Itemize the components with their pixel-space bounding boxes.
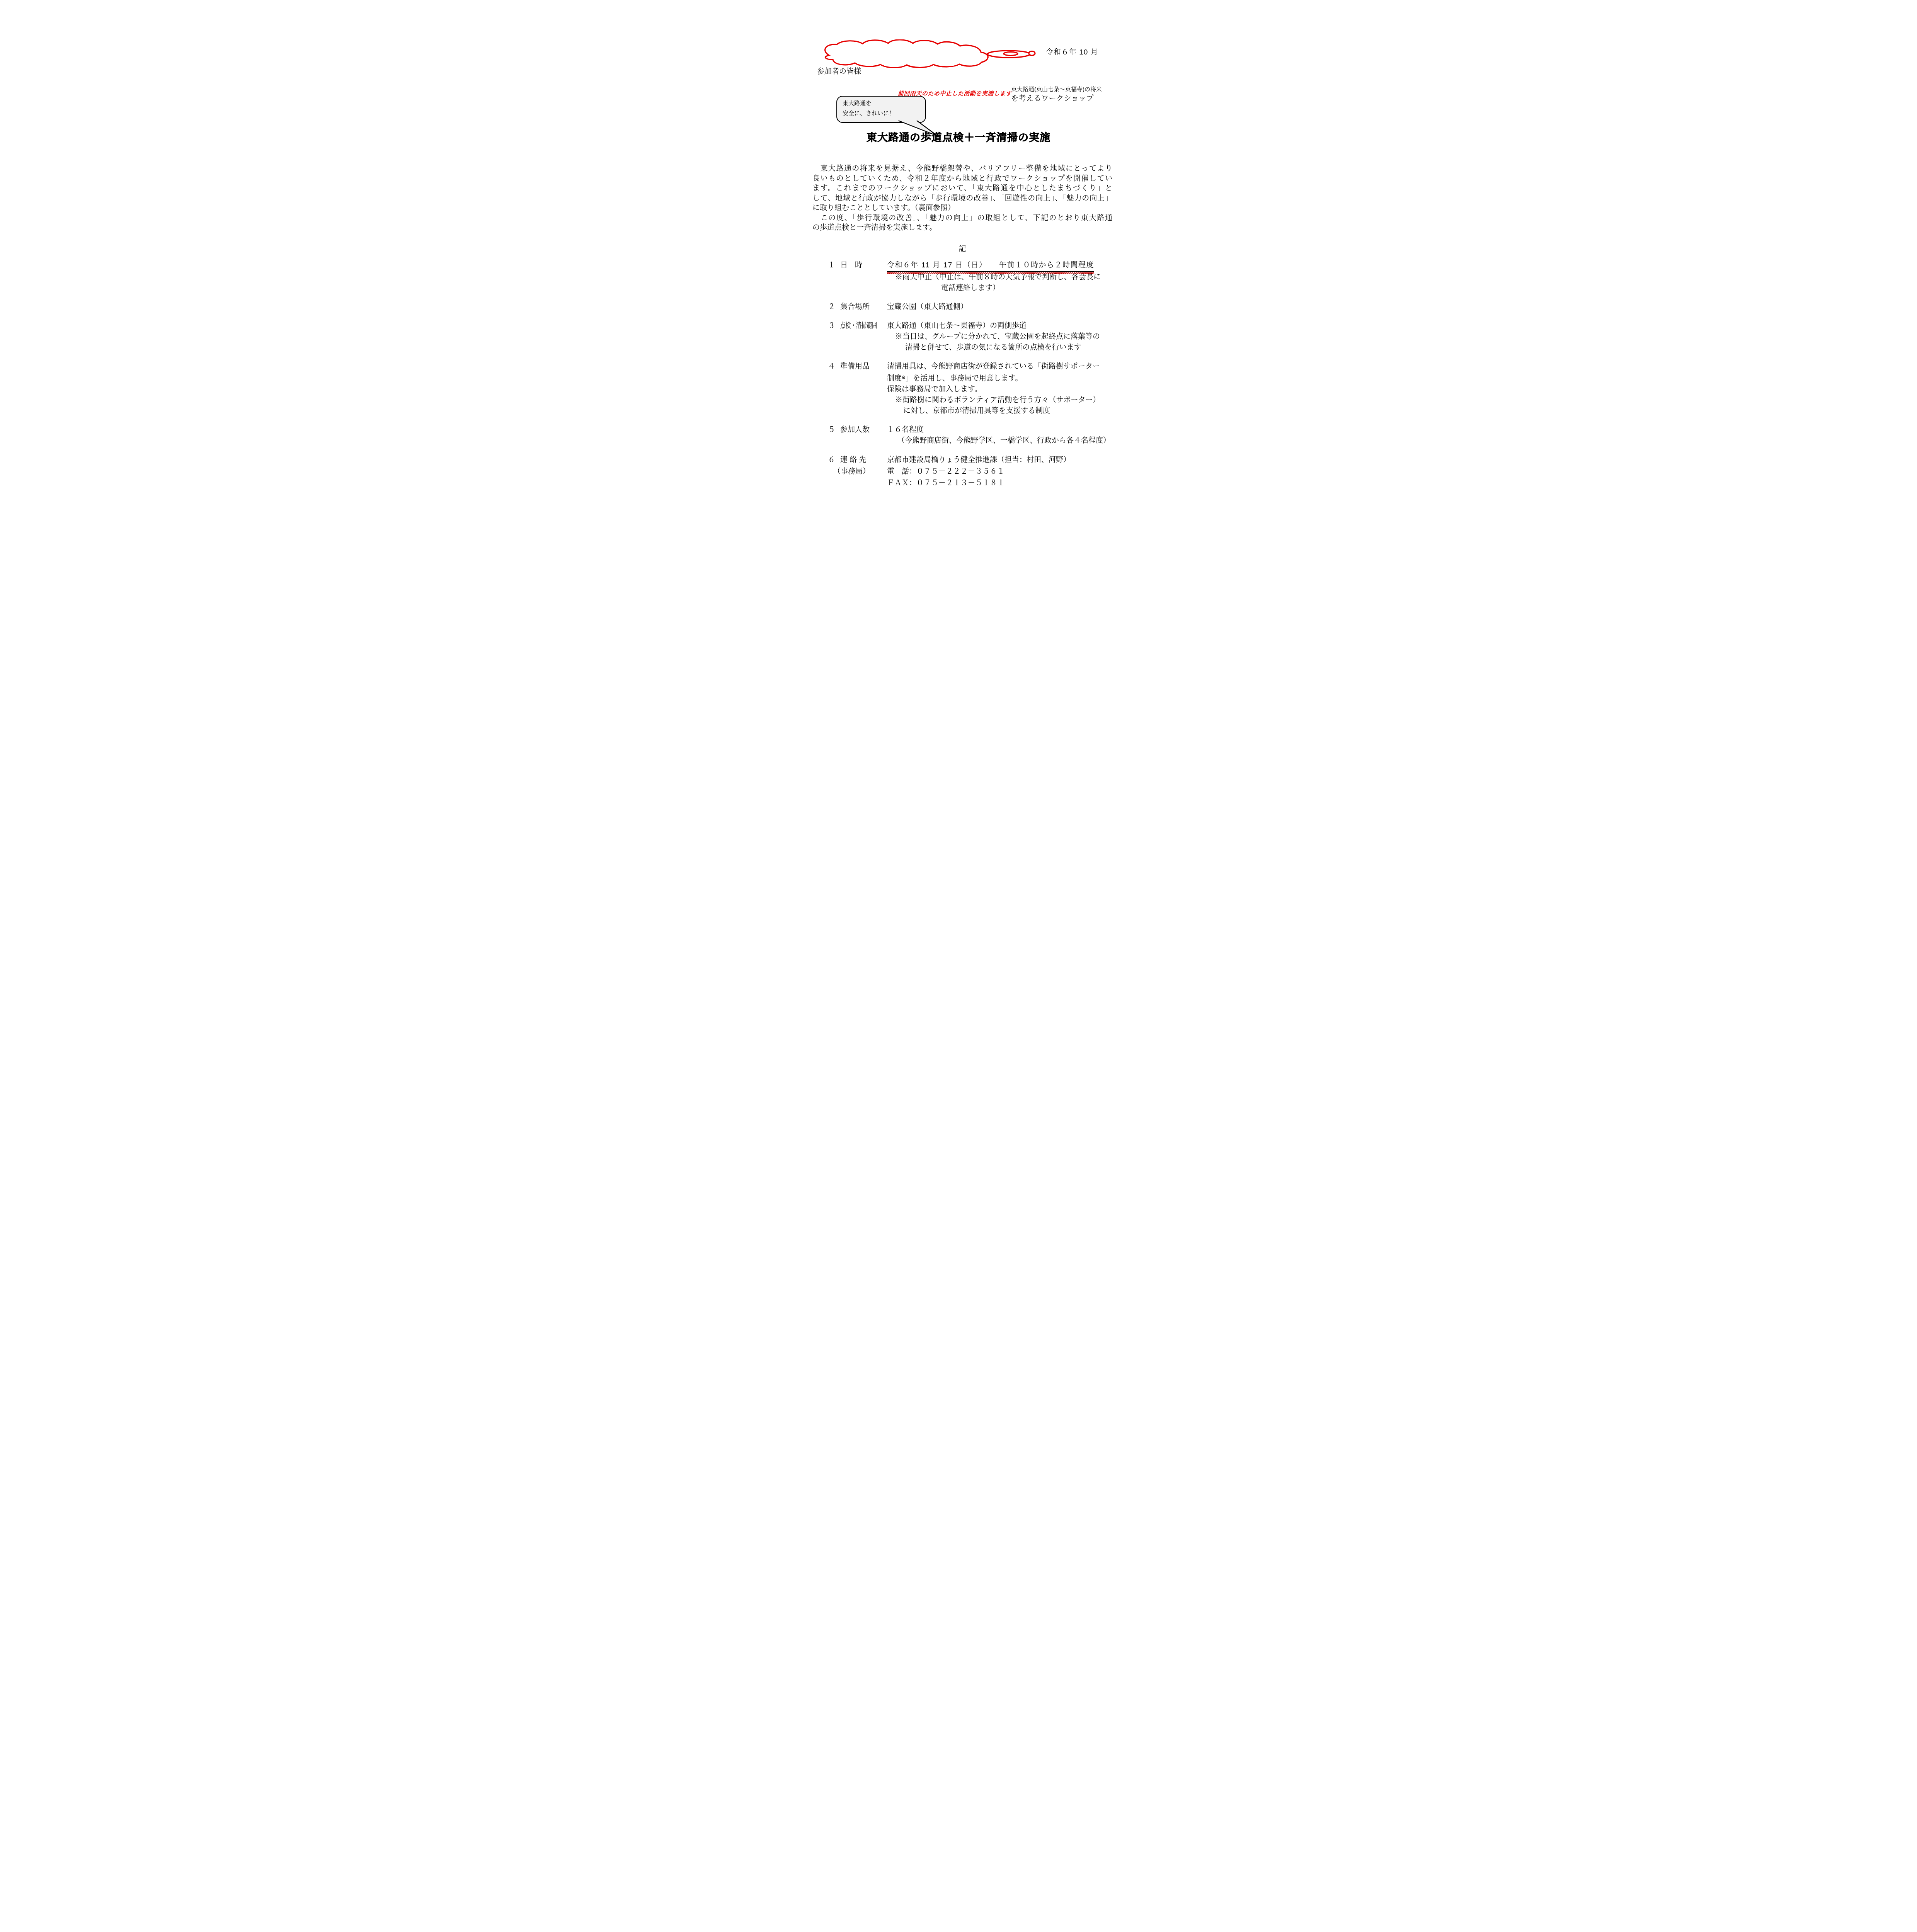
item-row: 清掃と併せて、歩道の気になる箇所の点検を行います (828, 342, 1112, 353)
inspection-area: 東大路通（東山七条～東福寺）の両側歩道 (887, 321, 1112, 332)
item-row: ※当日は、グループに分かれて、宝蔵公園を起終点に落葉等の (828, 332, 1112, 342)
item-number: ３ (828, 321, 840, 332)
insurance-info: 保険は事務局で加入します。 (887, 384, 1112, 395)
item-label: 準備用品 (840, 361, 887, 372)
cloud-shape-icon (815, 39, 1047, 68)
item-row: ３ 点検・清掃範囲 東大路通（東山七条～東福寺）の両側歩道 (828, 321, 1112, 332)
cloud-callout: 前回雨天のため中止した活動を実施します (815, 39, 1047, 68)
item-label: 日 時 (840, 260, 887, 272)
workshop-header-line1: 東大路通(東山七条～東福寺)の将来 (1011, 85, 1102, 94)
document-date: 令和６年 10 月 (1046, 46, 1098, 57)
list-item-contact: ６ 連 絡 先 京都市建設局橋りょう健全推進課（担当：村田、河野） （事務局） … (828, 454, 1112, 489)
item-note: 電話連絡します） (941, 283, 1112, 294)
item-note: に対し、京都市が清掃用具等を支援する制度 (903, 406, 1112, 417)
body-line: の歩道点検と一斉清掃を実施します。 (812, 223, 1112, 233)
item-row: ５ 参加人数 １６名程度 (828, 425, 1112, 435)
speech-bubble-text: 東大路通を 安全に、きれいに！ (843, 99, 895, 119)
item-label: 連 絡 先 (840, 454, 887, 466)
document-page: 前回雨天のため中止した活動を実施します 令和６年 10 月 参加者の皆様 東大路… (767, 0, 1150, 542)
item-row: ４ 準備用品 清掃用具は、今熊野商店街が登録されている「街路樹サポーター (828, 361, 1112, 372)
reference-mark: ※ (902, 375, 906, 380)
item-row: ＦＡＸ：０７５－２１３－５１８１ (828, 478, 1112, 489)
speech-bubble-line1: 東大路通を (843, 99, 895, 109)
workshop-header: 東大路通(東山七条～東福寺)の将来 を考えるワークショップ (1011, 85, 1102, 104)
item-row: に対し、京都市が清掃用具等を支援する制度 (828, 406, 1112, 417)
item-note: 清掃と併せて、歩道の気になる箇所の点検を行います (905, 342, 1112, 353)
meeting-place: 宝蔵公園（東大路通側） (887, 302, 1112, 313)
item-list: １ 日 時 令和６年 11 月 17 日（日） 午前１０時から２時間程度 ※雨天… (828, 260, 1112, 497)
contact-phone: 電 話：０７５－２２２－３５６１ (887, 466, 1112, 478)
contact-office: 京都市建設局橋りょう健全推進課（担当：村田、河野） (887, 454, 1112, 466)
item-note: ※当日は、グループに分かれて、宝蔵公園を起終点に落葉等の (895, 332, 1112, 342)
item-note: ※街路樹に関わるボランティア活動を行う方々（サポーター） (895, 395, 1112, 406)
body-line: 良いものとしていくため、令和２年度から地域と行政でワークショップを開催してい (812, 174, 1112, 184)
body-line: して、地域と行政が協力しながら「歩行環境の改善」、「回遊性の向上」、「魅力の向上… (812, 194, 1112, 204)
list-item-inspection-area: ３ 点検・清掃範囲 東大路通（東山七条～東福寺）の両側歩道 ※当日は、グループに… (828, 321, 1112, 353)
item-row: 制度※」を活用し、事務局で用意します。 (828, 372, 1112, 384)
item-number: １ (828, 260, 840, 272)
item-sublabel: （事務局） (833, 466, 887, 478)
item-content: 令和６年 11 月 17 日（日） 午前１０時から２時間程度 (887, 260, 1112, 272)
item-row: （事務局） 電 話：０７５－２２２－３５６１ (828, 466, 1112, 478)
item-label: 集合場所 (840, 302, 887, 313)
item-row: １ 日 時 令和６年 11 月 17 日（日） 午前１０時から２時間程度 (828, 260, 1112, 272)
list-item-meeting-place: ２ 集合場所 宝蔵公園（東大路通側） (828, 302, 1112, 313)
list-item-participants: ５ 参加人数 １６名程度 （今熊野商店街、今熊野学区、一橋学区、行政から各４名程… (828, 425, 1112, 446)
speech-bubble: 東大路通を 安全に、きれいに！ (836, 96, 926, 123)
item-label: 点検・清掃範囲 (840, 321, 887, 332)
body-line: ます。これまでのワークショップにおいて、「東大路通を中心としたまちづくり」と (812, 184, 1112, 194)
participant-count: １６名程度 (887, 425, 1112, 435)
item-row: ※街路樹に関わるボランティア活動を行う方々（サポーター） (828, 395, 1112, 406)
item-number: ６ (828, 454, 840, 466)
item-row: 電話連絡します） (828, 283, 1112, 294)
item-row: ２ 集合場所 宝蔵公園（東大路通側） (828, 302, 1112, 313)
item-row: ６ 連 絡 先 京都市建設局橋りょう健全推進課（担当：村田、河野） (828, 454, 1112, 466)
event-datetime: 令和６年 11 月 17 日（日） 午前１０時から２時間程度 (887, 260, 1094, 272)
list-item-datetime: １ 日 時 令和６年 11 月 17 日（日） 午前１０時から２時間程度 ※雨天… (828, 260, 1112, 294)
list-item-equipment: ４ 準備用品 清掃用具は、今熊野商店街が登録されている「街路樹サポーター 制度※… (828, 361, 1112, 417)
body-line: 東大路通の将来を見据え、今熊野橋架替や、バリアフリー整備を地域にとってより (812, 164, 1112, 174)
page-title: 東大路通の歩道点検＋一斉清掃の実施 (767, 129, 1150, 144)
equipment-info: 清掃用具は、今熊野商店街が登録されている「街路樹サポーター (887, 361, 1112, 372)
salutation: 参加者の皆様 (817, 66, 861, 76)
contact-fax: ＦＡＸ：０７５－２１３－５１８１ (887, 478, 1112, 489)
item-row: （今熊野商店街、今熊野学区、一橋学区、行政から各４名程度） (828, 435, 1112, 446)
item-label: 参加人数 (840, 425, 887, 435)
body-line: に取り組むこととしています。（裏面参照） (812, 203, 1112, 213)
speech-bubble-line2: 安全に、きれいに！ (843, 109, 895, 119)
record-mark: 記 (812, 243, 1112, 253)
item-row: 保険は事務局で加入します。 (828, 384, 1112, 395)
body-line: この度、「歩行環境の改善」、「魅力の向上」の取組として、下記のとおり東大路通 (812, 213, 1112, 223)
equipment-info: 制度※」を活用し、事務局で用意します。 (887, 372, 1112, 384)
item-number: ２ (828, 302, 840, 313)
workshop-header-line2: を考えるワークショップ (1011, 94, 1102, 104)
body-paragraphs: 東大路通の将来を見据え、今熊野橋架替や、バリアフリー整備を地域にとってより 良い… (812, 164, 1112, 233)
item-number: ４ (828, 361, 840, 372)
item-note: （今熊野商店街、今熊野学区、一橋学区、行政から各４名程度） (897, 435, 1112, 446)
item-number: ５ (828, 425, 840, 435)
